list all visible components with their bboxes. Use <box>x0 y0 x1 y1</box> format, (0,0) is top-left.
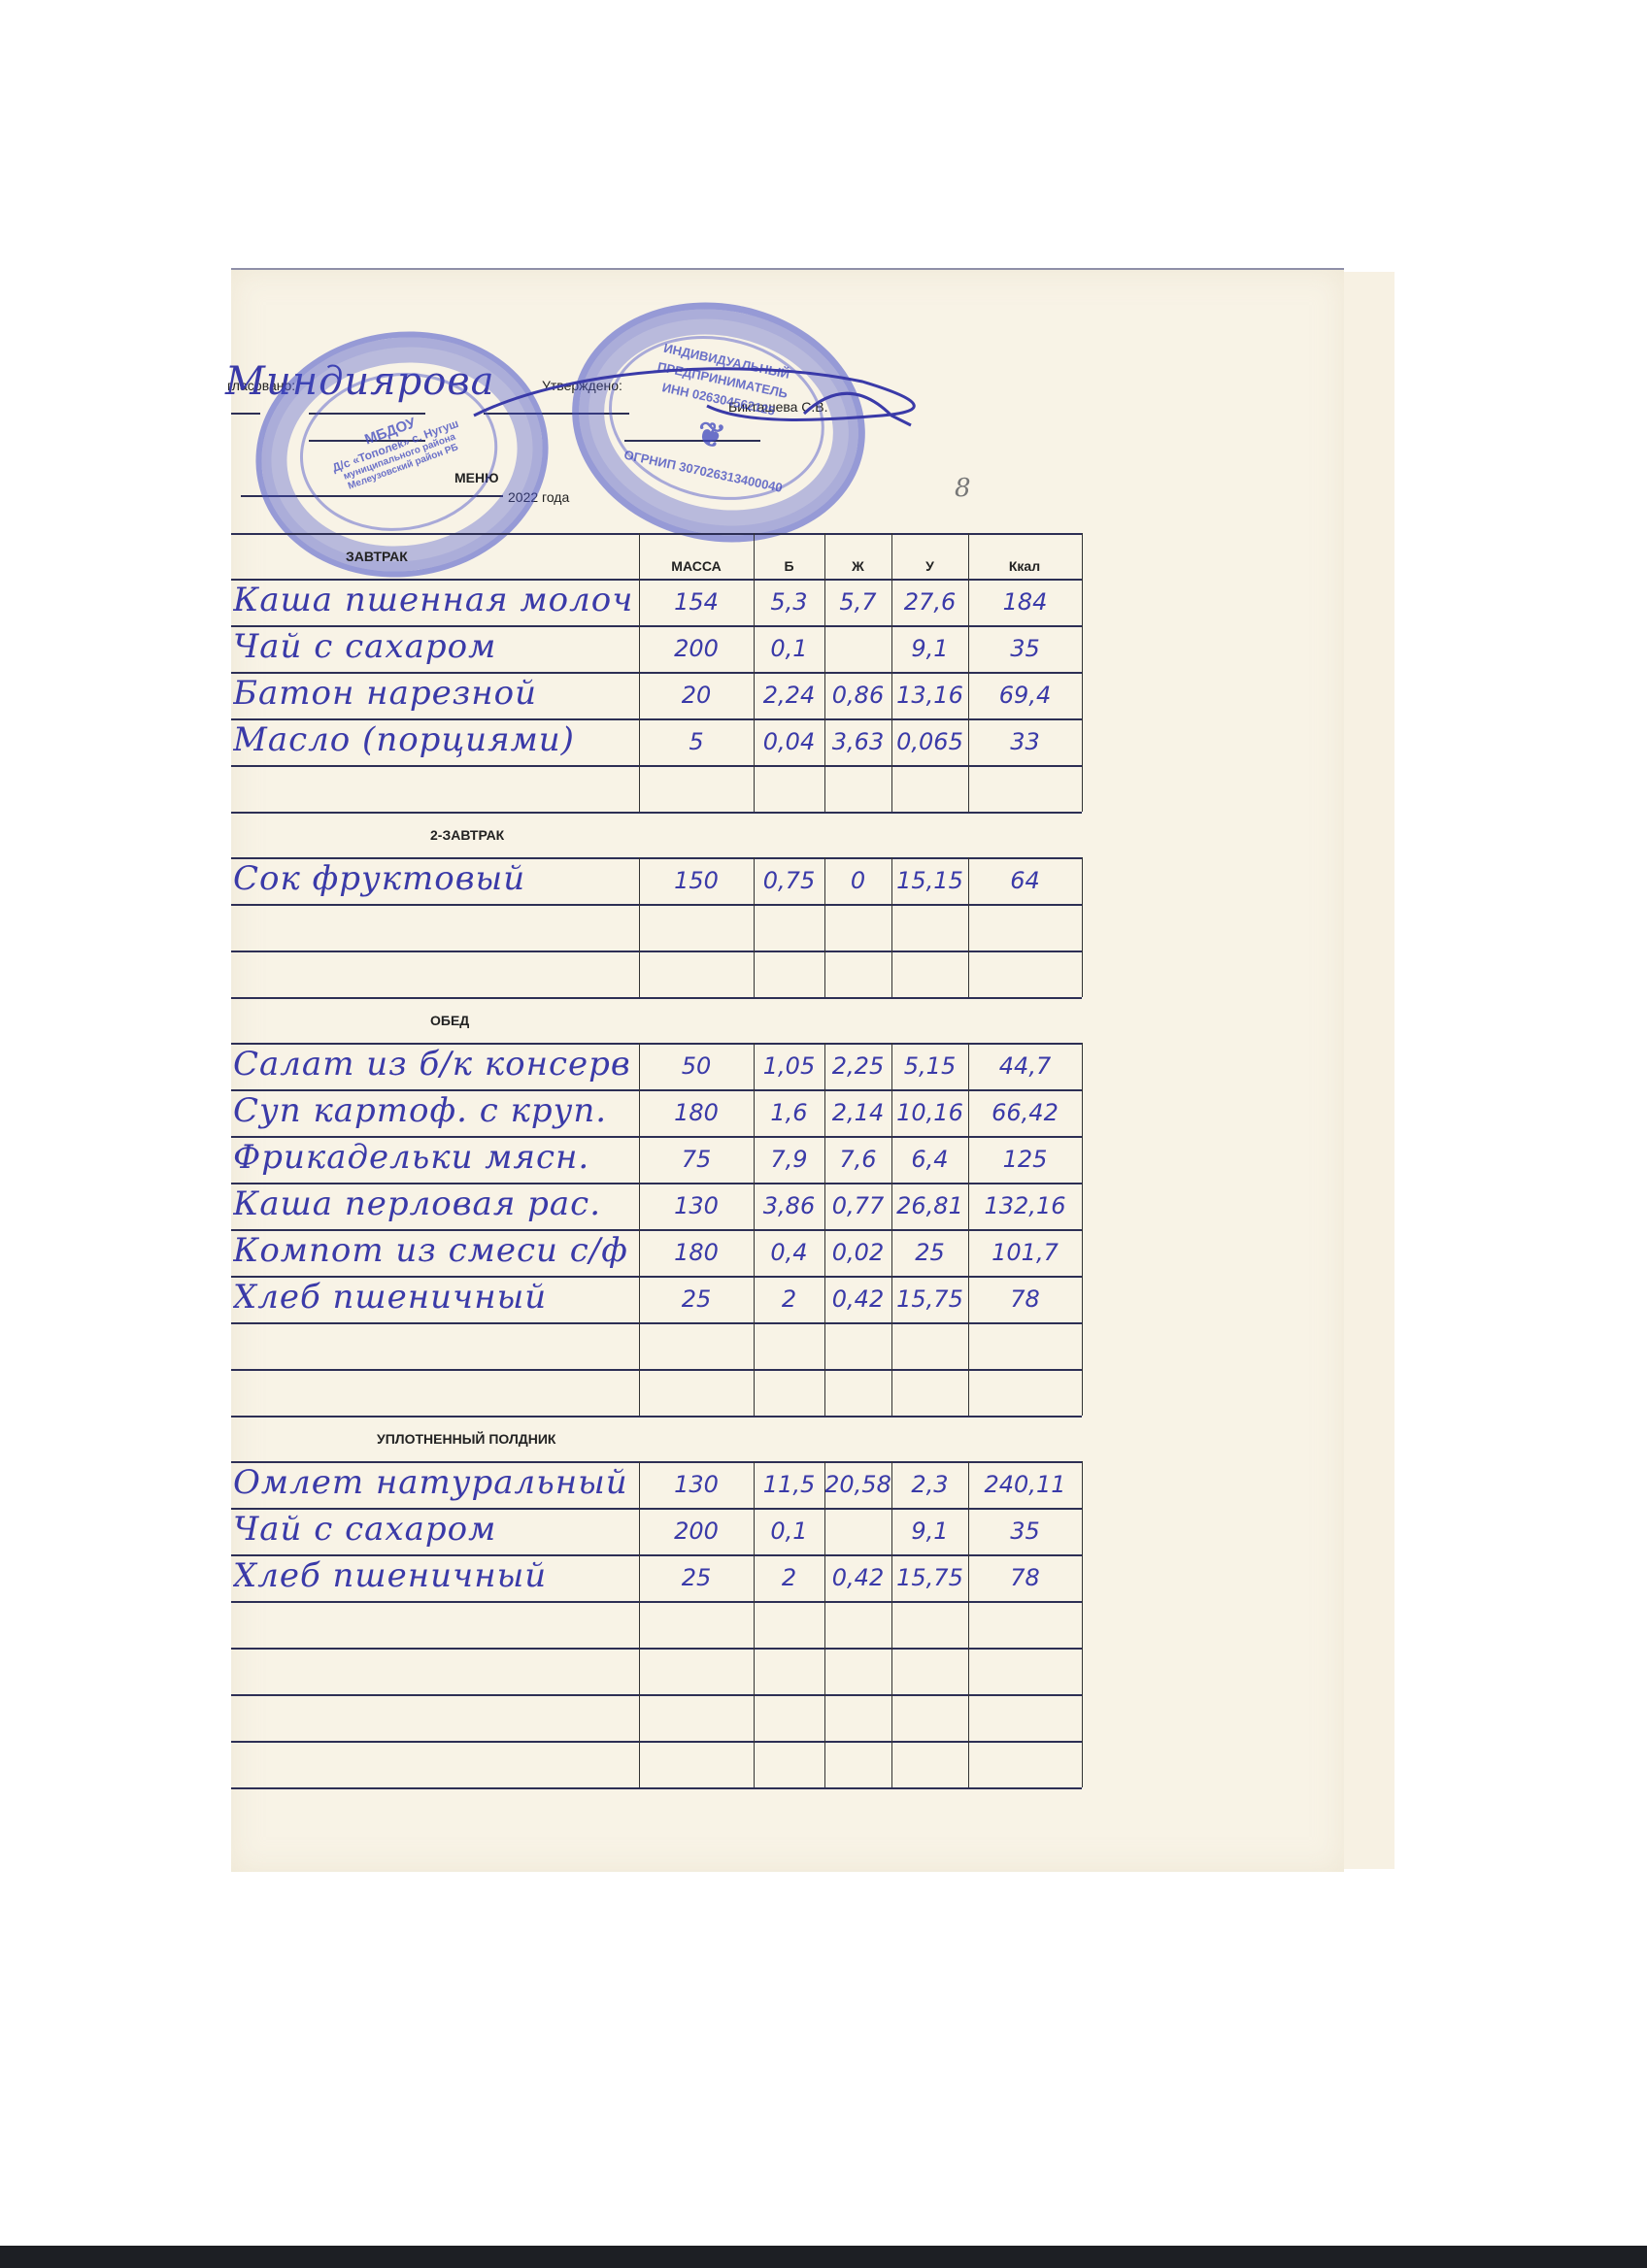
u-cell: 26,81 <box>891 1192 968 1219</box>
dish-name-cell: Компот из смеси с/ф <box>233 1231 631 1270</box>
table-row: Батон нарезной202,240,8613,1669,4 <box>231 672 1081 718</box>
table-row <box>231 1369 1081 1416</box>
table-row: Компот из смеси с/ф1800,40,0225101,7 <box>231 1229 1081 1276</box>
table-row <box>231 951 1081 997</box>
table-row: Хлеб пшеничный2520,4215,7578 <box>231 1276 1081 1322</box>
table-row: Чай с сахаром2000,19,135 <box>231 1508 1081 1554</box>
dish-name-cell: Хлеб пшеничный <box>233 1278 631 1317</box>
section-title-zavtrak: ЗАВТРАК <box>346 549 408 564</box>
col-header-u: У <box>891 558 968 574</box>
b-cell: 2,24 <box>754 682 824 709</box>
mass-cell: 180 <box>639 1099 754 1126</box>
kcal-cell: 184 <box>968 588 1082 616</box>
dish-name-cell: Омлет натуральный <box>233 1463 631 1502</box>
dish-name-cell: Суп картоф. с круп. <box>233 1091 631 1130</box>
kcal-cell: 64 <box>968 867 1082 894</box>
zh-cell: 0 <box>824 867 891 894</box>
mass-cell: 150 <box>639 867 754 894</box>
dish-name-cell: Хлеб пшеничный <box>233 1556 631 1595</box>
table-row <box>231 765 1081 812</box>
section-title: УПЛОТНЕННЫЙ ПОЛДНИК <box>377 1431 555 1447</box>
dish-name-cell: Сок фруктовый <box>233 859 631 898</box>
table-row: Каша пшенная молочная1545,35,727,6184 <box>231 579 1081 625</box>
u-cell: 6,4 <box>891 1146 968 1173</box>
kcal-cell: 66,42 <box>968 1099 1082 1126</box>
dish-name-cell: Каша перловая рас. <box>233 1184 631 1223</box>
mass-cell: 130 <box>639 1192 754 1219</box>
b-cell: 0,04 <box>754 728 824 755</box>
col-header-zh: Ж <box>824 558 891 574</box>
zh-cell: 2,14 <box>824 1099 891 1126</box>
table-row <box>231 1694 1081 1741</box>
dish-name-cell: Каша пшенная молочная <box>233 581 631 619</box>
zh-cell: 2,25 <box>824 1052 891 1080</box>
b-cell: 3,86 <box>754 1192 824 1219</box>
b-cell: 0,1 <box>754 1518 824 1545</box>
u-cell: 0,065 <box>891 728 968 755</box>
u-cell: 10,16 <box>891 1099 968 1126</box>
table-row: Сок фруктовый1500,75015,1564 <box>231 857 1081 904</box>
table-row: Суп картоф. с круп.1801,62,1410,1666,42 <box>231 1089 1081 1136</box>
b-cell: 0,4 <box>754 1239 824 1266</box>
kcal-cell: 69,4 <box>968 682 1082 709</box>
u-cell: 15,75 <box>891 1285 968 1313</box>
mass-cell: 25 <box>639 1285 754 1313</box>
b-cell: 11,5 <box>754 1471 824 1498</box>
menu-document: гласовано: Утверждено: Бикташева С.В. Ми… <box>231 268 1344 1872</box>
signature-approved <box>454 328 1037 464</box>
table-row: Фрикадельки мясн.757,97,66,4125 <box>231 1136 1081 1183</box>
u-cell: 15,15 <box>891 867 968 894</box>
table-row: Масло (порциями)50,043,630,06533 <box>231 718 1081 765</box>
table-row <box>231 904 1081 951</box>
b-cell: 2 <box>754 1285 824 1313</box>
mass-cell: 5 <box>639 728 754 755</box>
table-row: Каша перловая рас.1303,860,7726,81132,16 <box>231 1183 1081 1229</box>
table-row <box>231 1741 1081 1787</box>
back-sheet-edge <box>1340 272 1395 1869</box>
b-cell: 5,3 <box>754 588 824 616</box>
u-cell: 9,1 <box>891 1518 968 1545</box>
u-cell: 15,75 <box>891 1564 968 1591</box>
col-header-mass: МАССА <box>639 558 754 574</box>
mass-cell: 200 <box>639 1518 754 1545</box>
zh-cell: 0,42 <box>824 1285 891 1313</box>
col-header-b: Б <box>754 558 824 574</box>
table-row <box>231 1648 1081 1694</box>
kcal-cell: 35 <box>968 1518 1082 1545</box>
zh-cell: 7,6 <box>824 1146 891 1173</box>
table-row: Салат из б/к консерв.501,052,255,1544,7 <box>231 1043 1081 1089</box>
zh-cell: 5,7 <box>824 588 891 616</box>
b-cell: 1,05 <box>754 1052 824 1080</box>
zh-cell: 0,42 <box>824 1564 891 1591</box>
dish-name-cell: Масло (порциями) <box>233 720 631 759</box>
mass-cell: 180 <box>639 1239 754 1266</box>
b-cell: 2 <box>754 1564 824 1591</box>
u-cell: 27,6 <box>891 588 968 616</box>
u-cell: 25 <box>891 1239 968 1266</box>
b-cell: 1,6 <box>754 1099 824 1126</box>
zh-cell: 3,63 <box>824 728 891 755</box>
b-cell: 0,75 <box>754 867 824 894</box>
table-row: Омлет натуральный13011,520,582,3240,11 <box>231 1461 1081 1508</box>
b-cell: 7,9 <box>754 1146 824 1173</box>
dish-name-cell: Салат из б/к консерв. <box>233 1045 631 1084</box>
kcal-cell: 78 <box>968 1564 1082 1591</box>
mass-cell: 130 <box>639 1471 754 1498</box>
u-cell: 9,1 <box>891 635 968 662</box>
dish-name-cell: Фрикадельки мясн. <box>233 1138 631 1177</box>
col-header-kcal: Ккал <box>968 558 1081 574</box>
mass-cell: 200 <box>639 635 754 662</box>
mass-cell: 25 <box>639 1564 754 1591</box>
section-title: ОБЕД <box>430 1013 469 1028</box>
dish-name-cell: Батон нарезной <box>233 674 631 713</box>
u-cell: 13,16 <box>891 682 968 709</box>
mass-cell: 50 <box>639 1052 754 1080</box>
kcal-cell: 101,7 <box>968 1239 1082 1266</box>
u-cell: 5,15 <box>891 1052 968 1080</box>
mass-cell: 75 <box>639 1146 754 1173</box>
zh-cell: 20,58 <box>824 1471 891 1498</box>
table-row: Чай с сахаром2000,19,135 <box>231 625 1081 672</box>
mass-cell: 20 <box>639 682 754 709</box>
dish-name-cell: Чай с сахаром <box>233 1510 631 1549</box>
kcal-cell: 44,7 <box>968 1052 1082 1080</box>
table-row <box>231 1601 1081 1648</box>
u-cell: 2,3 <box>891 1471 968 1498</box>
kcal-cell: 33 <box>968 728 1082 755</box>
section-title: 2-ЗАВТРАК <box>430 827 504 843</box>
mass-cell: 154 <box>639 588 754 616</box>
b-cell: 0,1 <box>754 635 824 662</box>
kcal-cell: 240,11 <box>968 1471 1082 1498</box>
zh-cell: 0,02 <box>824 1239 891 1266</box>
page-mark: 8 <box>955 474 971 503</box>
kcal-cell: 35 <box>968 635 1082 662</box>
zh-cell: 0,77 <box>824 1192 891 1219</box>
kcal-cell: 78 <box>968 1285 1082 1313</box>
scanner-edge <box>0 2246 1647 2268</box>
kcal-cell: 132,16 <box>968 1192 1082 1219</box>
table-header-row: ЗАВТРАК МАССА Б Ж У Ккал <box>231 533 1081 579</box>
table-row <box>231 1322 1081 1369</box>
table-row: Хлеб пшеничный2520,4215,7578 <box>231 1554 1081 1601</box>
kcal-cell: 125 <box>968 1146 1082 1173</box>
zh-cell: 0,86 <box>824 682 891 709</box>
dish-name-cell: Чай с сахаром <box>233 627 631 666</box>
